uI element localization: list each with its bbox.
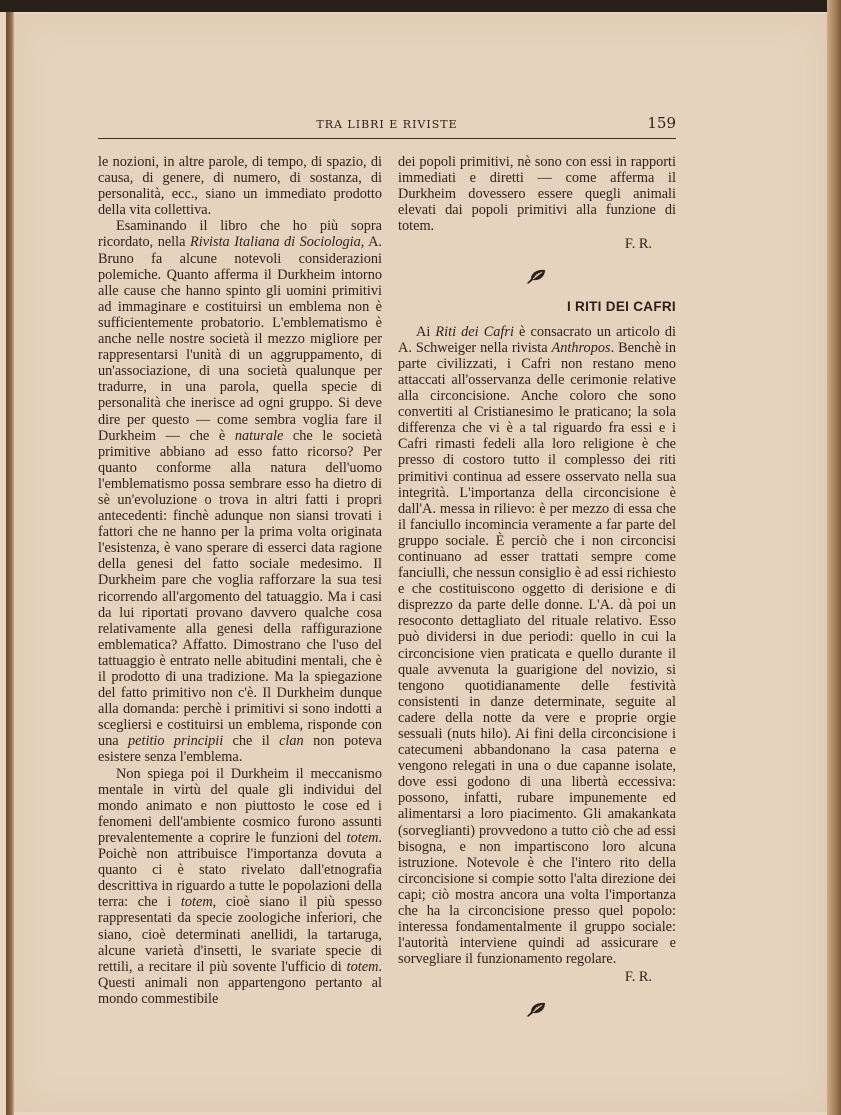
leaf-ornament-icon: [398, 1000, 676, 1022]
running-head: TRA LIBRI E RIVISTE: [98, 118, 676, 131]
journal-title: Rivista Italiana di Sociologia: [190, 234, 361, 250]
paragraph: le nozioni, in altre parole, di tempo, d…: [98, 154, 382, 218]
section-title: I RITI DEI CAFRI: [398, 299, 676, 315]
paragraph: Esaminando il libro che ho più sopra ric…: [98, 218, 382, 765]
text: . Benchè in parte civilizzati, i Cafri n…: [398, 340, 676, 968]
leaf-ornament-icon: [398, 267, 676, 289]
paragraph: Ai Riti dei Cafri è consacrato un artico…: [398, 324, 676, 968]
text: Ai: [416, 324, 435, 340]
emphasis: totem: [181, 894, 213, 910]
journal-title: Anthropos: [552, 340, 611, 356]
page-number: 159: [647, 114, 676, 132]
page-right-edge: [827, 0, 841, 1115]
paragraph: Non spiega poi il Durkheim il meccanismo…: [98, 766, 382, 1007]
paragraph: dei popoli primitivi, nè sono con essi i…: [398, 154, 676, 234]
emphasis: totem: [347, 830, 379, 846]
page-header: TRA LIBRI E RIVISTE 159: [98, 116, 676, 139]
emphasis: naturale: [235, 428, 283, 444]
author-signature: F. R.: [398, 236, 676, 252]
text: che il: [223, 733, 279, 749]
article-title: Riti dei Cafri: [435, 324, 514, 340]
spine-shadow: [6, 12, 14, 1115]
emphasis: petitio principii: [128, 733, 223, 749]
right-column: dei popoli primitivi, nè sono con essi i…: [398, 154, 676, 1032]
text: Non spiega poi il Durkheim il meccanismo…: [98, 766, 382, 846]
emphasis: clan: [279, 733, 304, 749]
left-column: le nozioni, in altre parole, di tempo, d…: [98, 154, 382, 1007]
author-signature: F. R.: [398, 969, 676, 985]
emphasis: totem: [347, 959, 379, 975]
text: , A. Bruno fa alcune notevoli consideraz…: [98, 234, 382, 443]
text: che le società primitive abbiano ad esso…: [98, 428, 382, 750]
